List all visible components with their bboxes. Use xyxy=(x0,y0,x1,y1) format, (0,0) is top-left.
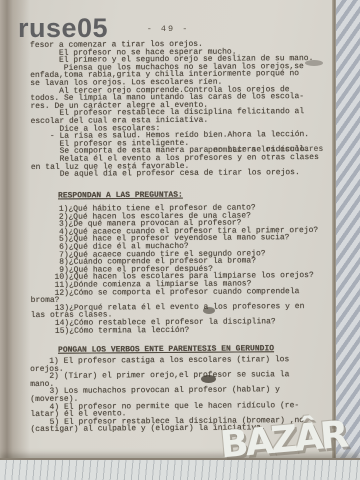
overtyped-text: permitir a los escolares xyxy=(208,145,348,154)
ink-smudge xyxy=(203,307,215,314)
gerund-heading: PONGAN LOS VERBOS ENTE PARENTESIS EN GER… xyxy=(58,344,274,355)
ink-smudge xyxy=(305,60,323,66)
questions-heading: RESPONDAN A LAS PREGUNTAS: xyxy=(58,191,183,201)
striped-background xyxy=(336,0,360,480)
text-line: 12)¿Cómo se comporta el profesor cuando … xyxy=(31,287,337,297)
book-gutter-shadow xyxy=(0,0,30,480)
ink-smudge xyxy=(201,375,216,383)
text-line: De aquel día el profesor cesa de tirar l… xyxy=(31,169,337,179)
book-bottom-page-edges xyxy=(0,458,360,480)
text-line: 15)¿Cómo termina la lección? xyxy=(31,325,337,335)
book-photo: - 49 - fesor a comenzar a tirar los orej… xyxy=(0,0,360,480)
username-watermark: ruse05 xyxy=(18,13,108,44)
reading-paragraph: fesor a comenzar a tirar los orejos. El … xyxy=(30,40,337,179)
book-page: - 49 - fesor a comenzar a tirar los orej… xyxy=(0,0,336,480)
questions-list: 1)¿Qué hábito tiene el profesor de canto… xyxy=(30,204,337,335)
